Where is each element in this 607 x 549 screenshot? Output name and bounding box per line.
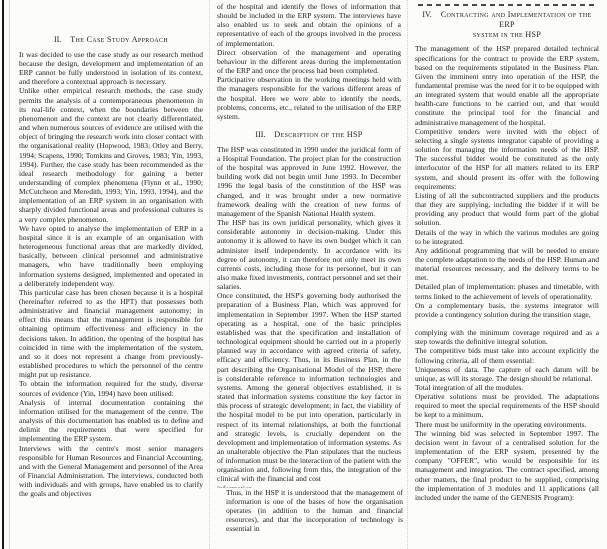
paragraph: Direct observation of the management and… xyxy=(217,48,401,75)
section-number: III. xyxy=(255,130,265,139)
paragraph: of the hospital and identify the flows o… xyxy=(217,2,401,48)
paragraph: On a complementary basis, the systems in… xyxy=(415,301,599,319)
paragraph: Any additional programming that will be … xyxy=(415,246,599,283)
column-3: IV.Contracting and Implementation of the… xyxy=(407,0,605,549)
paragraph: The HSP has its own juridical personalit… xyxy=(217,218,401,291)
paragraph: Total integration of all the modules. xyxy=(415,383,599,392)
paragraph: Details of the way in which the various … xyxy=(415,228,599,246)
paragraph: Uniqueness of data. The capture of each … xyxy=(415,365,599,383)
paragraph: The competitive bids must take into acco… xyxy=(415,346,599,364)
section-heading: III.Description of the HSP xyxy=(220,130,398,140)
section-title: Description of the HSP xyxy=(274,130,362,139)
section-title: The Case Study Approach xyxy=(70,35,168,44)
paragraph: We have opted to analyse the implementat… xyxy=(19,224,203,288)
paragraph: The management of the HSP prepared detai… xyxy=(415,44,599,126)
paragraph: Unlike other empirical research methods,… xyxy=(19,86,203,223)
paragraph: complying with the minimum coverage requ… xyxy=(415,328,599,346)
column-2: of the hospital and identify the flows o… xyxy=(209,0,407,549)
paragraph: Detailed plan of implementation: phases … xyxy=(415,282,599,300)
paper-page: II.The Case Study ApproachIt was decided… xyxy=(0,0,607,549)
section-title: system in the HSP xyxy=(415,30,599,40)
section-number: IV. xyxy=(422,10,431,19)
paragraph: It was decided to use the case study as … xyxy=(19,50,203,87)
paragraph: Operative solutions must be provided. Th… xyxy=(415,392,599,419)
paragraph: The winning bid was selected in Septembe… xyxy=(415,429,599,502)
paragraph: The HSP was constituted in 1990 under th… xyxy=(217,145,401,218)
section-heading: IV.Contracting and Implementation of the… xyxy=(415,10,599,39)
text-columns: II.The Case Study ApproachIt was decided… xyxy=(12,0,605,549)
paragraph: Participative observation in the working… xyxy=(217,75,401,121)
scan-edge-shadow xyxy=(9,0,10,549)
paragraph: To obtain the information required for t… xyxy=(19,379,203,397)
paragraph: Competitive tenders were invited with th… xyxy=(415,127,599,191)
section-number: II. xyxy=(54,35,61,44)
clipped-text-line xyxy=(418,4,596,6)
paragraph: There must be uniformity in the operatin… xyxy=(415,420,599,429)
paragraph: Thus, in the HSP it is understood that t… xyxy=(226,488,403,534)
scan-edge-line xyxy=(2,0,4,549)
paragraph: Listing of all the subcontracted supplie… xyxy=(415,191,599,228)
section-heading: II.The Case Study Approach xyxy=(22,35,200,45)
column-1: II.The Case Study ApproachIt was decided… xyxy=(12,0,209,549)
paragraph: Once constituted, the HSP's governing bo… xyxy=(217,291,401,483)
paragraph: Interviews with the centre's most senior… xyxy=(19,444,203,499)
paragraph: Analysis of internal documentation conta… xyxy=(19,398,203,444)
section-title: Contracting and Implementation of the ER… xyxy=(441,10,592,29)
paragraph: This particular case has been chosen bec… xyxy=(19,288,203,380)
